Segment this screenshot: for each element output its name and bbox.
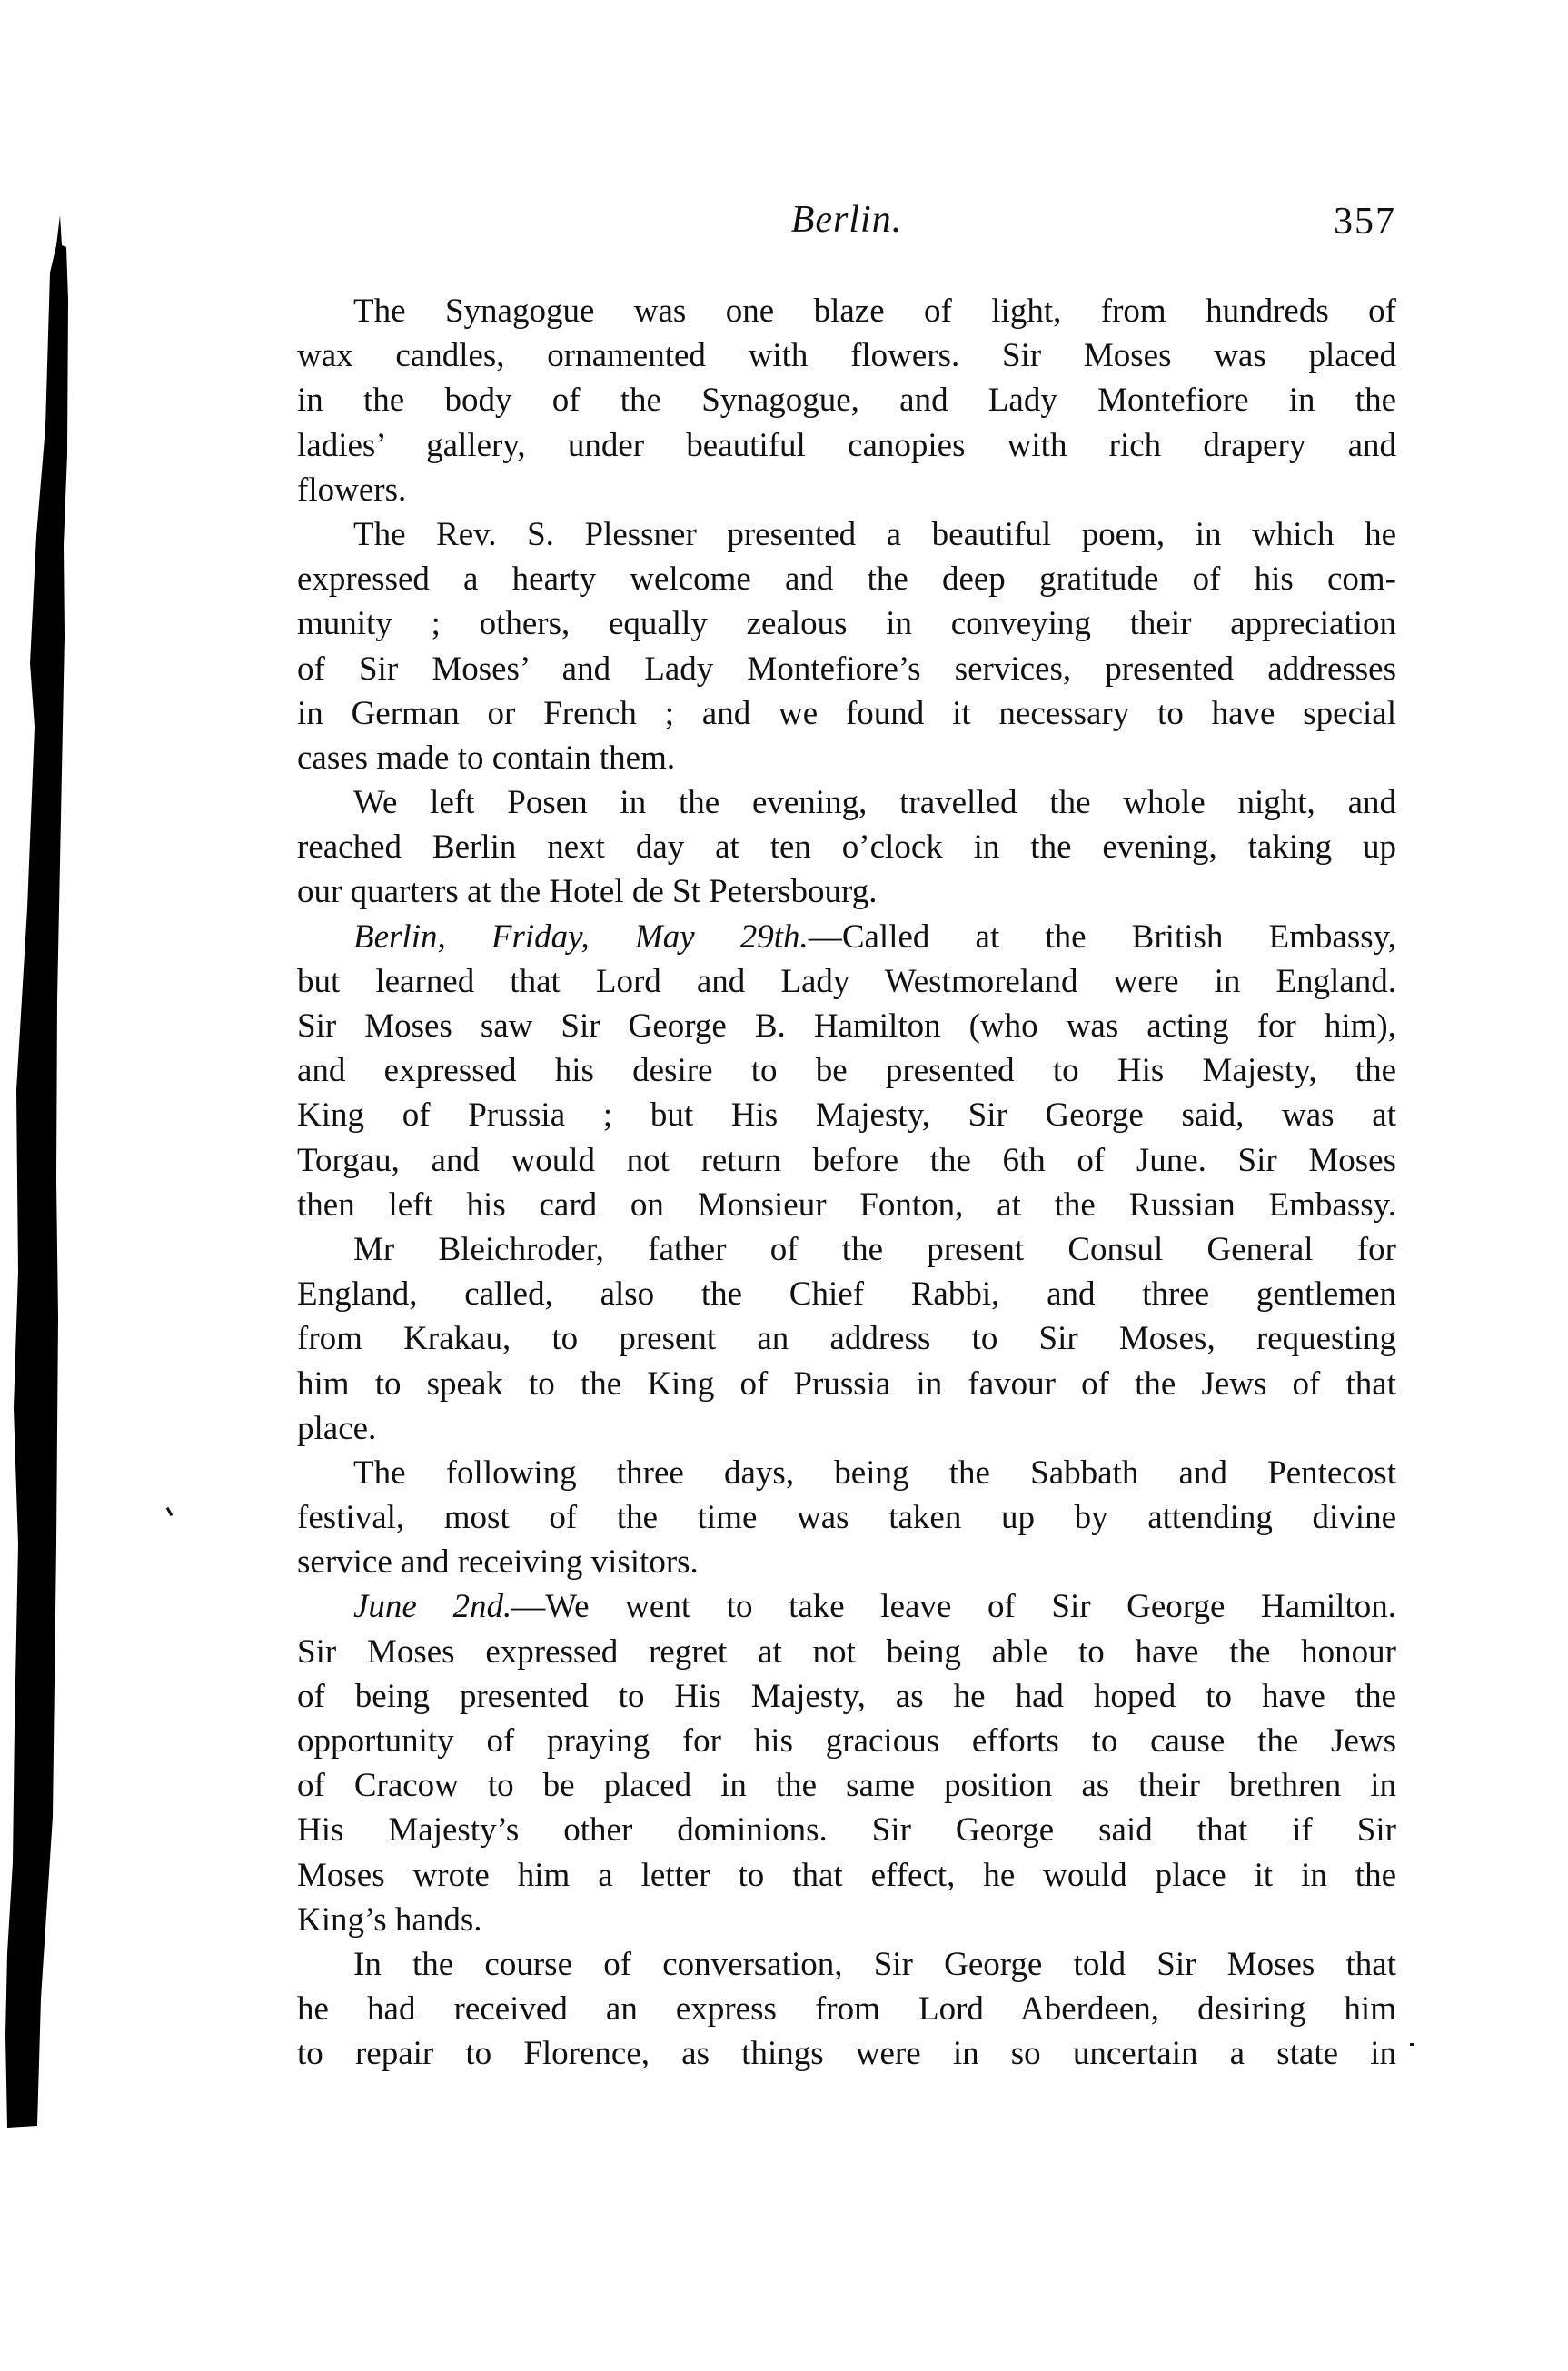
running-head: Berlin. 357 (297, 198, 1396, 253)
paragraph-aberdeen: In the course of conversation, Sir Georg… (297, 1942, 1396, 2077)
page-number: 357 (1334, 200, 1396, 243)
date-heading: June 2nd. (353, 1588, 511, 1625)
scan-speck (1410, 2043, 1414, 2046)
paragraph-berlin-friday: Berlin, Friday, May 29th.—Called at the … (297, 915, 1396, 1227)
text-line: wax candles, ornamented with flowers. Si… (297, 333, 1396, 378)
text-line: of being presented to His Majesty, as he… (297, 1674, 1396, 1719)
text-line: Sir Moses saw Sir George B. Hamilton (wh… (297, 1004, 1396, 1048)
text-line: flowers. (297, 468, 1396, 512)
text-line: Berlin, Friday, May 29th.—Called at the … (297, 915, 1396, 959)
text-line: he had received an express from Lord Abe… (297, 1987, 1396, 2031)
paragraph-pentecost: The following three days, being the Sabb… (297, 1451, 1396, 1585)
text-line: festival, most of the time was taken up … (297, 1495, 1396, 1540)
text-line: June 2nd.—We went to take leave of Sir G… (297, 1584, 1396, 1629)
text-line: of Sir Moses’ and Lady Montefiore’s serv… (297, 647, 1396, 691)
text-line: in the body of the Synagogue, and Lady M… (297, 378, 1396, 422)
paragraph-left-posen: We left Posen in the evening, travelled … (297, 780, 1396, 915)
text-line: to repair to Florence, as things were in… (297, 2031, 1396, 2076)
text-line: England, called, also the Chief Rabbi, a… (297, 1272, 1396, 1316)
running-title: Berlin. (297, 198, 1396, 242)
text-line: and expressed his desire to be presented… (297, 1048, 1396, 1093)
text-line: but learned that Lord and Lady Westmorel… (297, 959, 1396, 1004)
text-line: His Majesty’s other dominions. Sir Georg… (297, 1808, 1396, 1852)
text-line: The Rev. S. Plessner presented a beautif… (297, 512, 1396, 557)
text-line: expressed a hearty welcome and the deep … (297, 557, 1396, 601)
text-line: place. (297, 1406, 1396, 1451)
scan-speck (166, 1507, 174, 1516)
text-line: We left Posen in the evening, travelled … (297, 780, 1396, 825)
text-line: from Krakau, to present an address to Si… (297, 1316, 1396, 1361)
text-line: of Cracow to be placed in the same posit… (297, 1763, 1396, 1808)
paragraph-synagogue: The Synagogue was one blaze of light, fr… (297, 289, 1396, 512)
date-heading: Berlin, Friday, May 29th. (353, 918, 809, 956)
paragraph-plessner: The Rev. S. Plessner presented a beautif… (297, 512, 1396, 780)
text-line: Sir Moses expressed regret at not being … (297, 1630, 1396, 1674)
text-line: our quarters at the Hotel de St Petersbo… (297, 869, 1396, 914)
text-line: then left his card on Monsieur Fonton, a… (297, 1183, 1396, 1227)
paragraph-bleichroder: Mr Bleichroder, father of the present Co… (297, 1227, 1396, 1451)
paragraph-june-2nd: June 2nd.—We went to take leave of Sir G… (297, 1584, 1396, 1942)
text-line: cases made to contain them. (297, 736, 1396, 780)
text-line: Torgau, and would not return before the … (297, 1138, 1396, 1183)
text-run: —Called at the British Embassy, (809, 918, 1396, 956)
text-line: King of Prussia ; but His Majesty, Sir G… (297, 1093, 1396, 1137)
text-line: Mr Bleichroder, father of the present Co… (297, 1227, 1396, 1272)
body-text: The Synagogue was one blaze of light, fr… (297, 289, 1396, 2077)
text-line: in German or French ; and we found it ne… (297, 691, 1396, 736)
text-line: reached Berlin next day at ten o’clock i… (297, 825, 1396, 869)
text-line: opportunity of praying for his gracious … (297, 1719, 1396, 1763)
text-line: ladies’ gallery, under beautiful canopie… (297, 423, 1396, 468)
text-line: King’s hands. (297, 1898, 1396, 1942)
text-line: him to speak to the King of Prussia in f… (297, 1362, 1396, 1406)
text-line: munity ; others, equally zealous in conv… (297, 601, 1396, 646)
text-line: The following three days, being the Sabb… (297, 1451, 1396, 1495)
text-line: The Synagogue was one blaze of light, fr… (297, 289, 1396, 333)
binding-edge-shadow (0, 0, 100, 2371)
text-line: service and receiving visitors. (297, 1540, 1396, 1584)
text-run: —We went to take leave of Sir George Ham… (511, 1588, 1396, 1625)
text-line: Moses wrote him a letter to that effect,… (297, 1853, 1396, 1898)
text-line: In the course of conversation, Sir Georg… (297, 1942, 1396, 1987)
